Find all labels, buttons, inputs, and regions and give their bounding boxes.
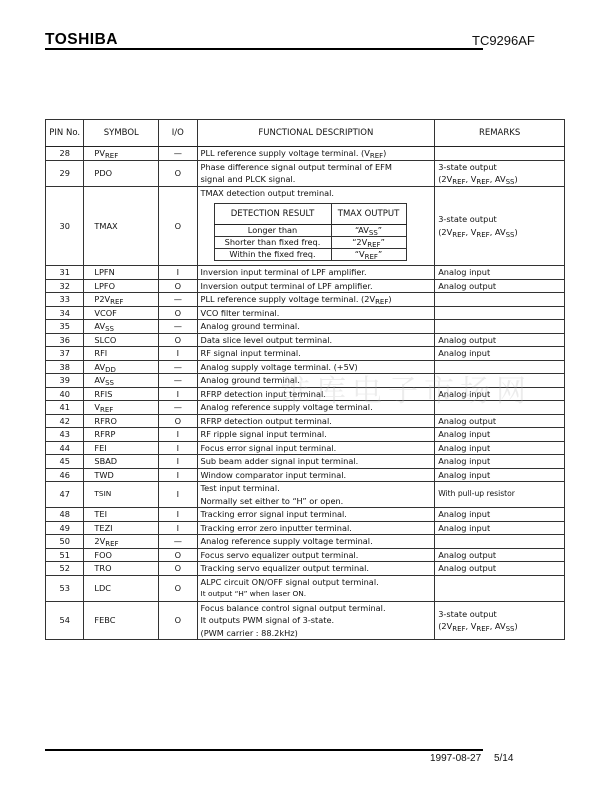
pin-description: Analog reference supply voltage terminal… [197, 401, 435, 415]
table-row: 40RFISIRFRP detection input terminal.Ana… [46, 387, 565, 401]
pin-remarks: 3-state output(2VREF, VREF, AVSS) [435, 186, 565, 266]
pin-description: RFRP detection output terminal. [197, 414, 435, 428]
pin-description: Analog ground terminal. [197, 320, 435, 334]
pin-remarks [435, 293, 565, 307]
subscript: REF [370, 152, 383, 160]
tmax-output: “VREF” [331, 249, 406, 261]
pin-description: Test input terminal.Normally set either … [197, 482, 435, 508]
remark-line: 3-state output [438, 608, 561, 621]
pin-function-table: PIN No. SYMBOL I/O FUNCTIONAL DESCRIPTIO… [45, 119, 565, 640]
pin-io: O [159, 306, 197, 320]
pin-description: Data slice level output terminal. [197, 333, 435, 347]
pin-number: 30 [46, 186, 84, 266]
tmax-row: Within the fixed freq.“VREF” [214, 249, 406, 261]
tmax-detection-table: DETECTION RESULTTMAX OUTPUTLonger than“A… [214, 203, 407, 261]
pin-remarks: 3-state output(2VREF, VREF, AVSS) [435, 160, 565, 186]
table-row: 36SLCOOData slice level output terminal.… [46, 333, 565, 347]
description-line: (PWM carrier : 88.2kHz) [201, 627, 432, 640]
footer-page: 5/14 [494, 753, 513, 764]
pin-description: PLL reference supply voltage terminal. (… [197, 147, 435, 161]
pin-number: 34 [46, 306, 84, 320]
pin-number: 28 [46, 147, 84, 161]
subscript: REF [110, 298, 123, 306]
pin-symbol: RFRO [84, 414, 159, 428]
pin-remarks: Analog output [435, 548, 565, 562]
pin-description: Focus servo equalizer output terminal. [197, 548, 435, 562]
col-io: I/O [159, 120, 197, 147]
pin-description: Tracking error signal input terminal. [197, 508, 435, 522]
pin-remarks: Analog output [435, 562, 565, 576]
table-row: 51FOOOFocus servo equalizer output termi… [46, 548, 565, 562]
subscript: DD [105, 366, 116, 374]
pin-remarks [435, 535, 565, 549]
pin-description: Inversion input terminal of LPF amplifie… [197, 266, 435, 280]
pin-symbol: VCOF [84, 306, 159, 320]
subscript: REF [452, 231, 465, 239]
pin-symbol: PDO [84, 160, 159, 186]
pin-remarks: Analog output [435, 279, 565, 293]
pin-io: I [159, 508, 197, 522]
pin-symbol: P2VREF [84, 293, 159, 307]
pin-number: 32 [46, 279, 84, 293]
pin-description: Focus error signal input terminal. [197, 441, 435, 455]
pin-symbol: TMAX [84, 186, 159, 266]
pin-description: VCO filter terminal. [197, 306, 435, 320]
pin-io: — [159, 147, 197, 161]
tmax-col-result: DETECTION RESULT [214, 204, 331, 225]
table-row: 35AVSS—Analog ground terminal. [46, 320, 565, 334]
pin-remarks [435, 320, 565, 334]
pin-number: 31 [46, 266, 84, 280]
pin-io: I [159, 347, 197, 361]
pin-symbol: RFRP [84, 428, 159, 442]
pin-symbol: SBAD [84, 455, 159, 469]
pin-remarks: Analog input [435, 455, 565, 469]
table-row: 31LPFNIInversion input terminal of LPF a… [46, 266, 565, 280]
pin-io: O [159, 186, 197, 266]
pin-symbol: FEBC [84, 601, 159, 640]
description-line: Test input terminal. [201, 482, 432, 495]
pin-number: 44 [46, 441, 84, 455]
pin-symbol: TSIN [84, 482, 159, 508]
remark-line: 3-state output [438, 161, 561, 174]
pin-io: — [159, 374, 197, 388]
pin-number: 49 [46, 521, 84, 535]
pin-description: Analog reference supply voltage terminal… [197, 535, 435, 549]
pin-io: I [159, 441, 197, 455]
table-row: 39AVSS—Analog ground terminal. [46, 374, 565, 388]
pin-remarks: Analog input [435, 521, 565, 535]
table-row: 28PVREF—PLL reference supply voltage ter… [46, 147, 565, 161]
pin-number: 41 [46, 401, 84, 415]
pin-io: O [159, 601, 197, 640]
pin-io: I [159, 387, 197, 401]
tmax-result: Shorter than fixed freq. [214, 237, 331, 249]
subscript: REF [452, 625, 465, 633]
table-row: 52TROOTracking servo equalizer output te… [46, 562, 565, 576]
pin-remarks: Analog input [435, 508, 565, 522]
pin-remarks [435, 306, 565, 320]
pin-description: Sub beam adder signal input terminal. [197, 455, 435, 469]
pin-remarks: Analog input [435, 266, 565, 280]
pin-symbol: LPFN [84, 266, 159, 280]
pin-symbol: VREF [84, 401, 159, 415]
pin-description: Analog ground terminal. [197, 374, 435, 388]
table-row: 49TEZIITracking error zero inputter term… [46, 521, 565, 535]
tmax-header-row: DETECTION RESULTTMAX OUTPUT [214, 204, 406, 225]
pin-description: ALPC circuit ON/OFF signal output termin… [197, 575, 435, 601]
pin-symbol: LPFO [84, 279, 159, 293]
pin-io: I [159, 482, 197, 508]
pin-description: RFRP detection input terminal. [197, 387, 435, 401]
tmax-col-output: TMAX OUTPUT [331, 204, 406, 225]
description-line: It output “H” when laser ON. [201, 588, 432, 601]
description-line: signal and PLCK signal. [201, 173, 432, 186]
part-number: TC9296AF [472, 33, 535, 48]
tmax-result: Longer than [214, 225, 331, 237]
table-row: 45SBADISub beam adder signal input termi… [46, 455, 565, 469]
tmax-output: “2VREF” [331, 237, 406, 249]
table-row: 53LDCOALPC circuit ON/OFF signal output … [46, 575, 565, 601]
pin-number: 46 [46, 468, 84, 482]
pin-remarks: Analog input [435, 441, 565, 455]
pin-symbol: 2VREF [84, 535, 159, 549]
pin-description: Inversion output terminal of LPF amplifi… [197, 279, 435, 293]
pin-number: 53 [46, 575, 84, 601]
pin-number: 52 [46, 562, 84, 576]
tmax-row: Longer than“AVSS” [214, 225, 406, 237]
tmax-result: Within the fixed freq. [214, 249, 331, 261]
pin-number: 47 [46, 482, 84, 508]
pin-number: 40 [46, 387, 84, 401]
pin-io: I [159, 521, 197, 535]
pin-remarks: Analog input [435, 468, 565, 482]
pin-io: I [159, 468, 197, 482]
remark-line: 3-state output [438, 213, 561, 226]
pin-symbol: FOO [84, 548, 159, 562]
pin-symbol: AVDD [84, 360, 159, 374]
pin-io: O [159, 575, 197, 601]
pin-number: 35 [46, 320, 84, 334]
table-row: 502VREF—Analog reference supply voltage … [46, 535, 565, 549]
pin-io: O [159, 548, 197, 562]
description-line: TMAX detection output treminal. [201, 187, 432, 200]
pin-remarks: Analog output [435, 333, 565, 347]
description-line: Focus balance control signal output term… [201, 602, 432, 615]
subscript: REF [452, 178, 465, 186]
subscript: REF [105, 152, 118, 160]
subscript: REF [100, 406, 113, 414]
table-row: 54FEBCOFocus balance control signal outp… [46, 601, 565, 640]
pin-number: 54 [46, 601, 84, 640]
table-row: 43RFRPIRF ripple signal input terminal.A… [46, 428, 565, 442]
table-row: 44FEIIFocus error signal input terminal.… [46, 441, 565, 455]
table-row: 34VCOFOVCO filter terminal. [46, 306, 565, 320]
col-symbol: SYMBOL [84, 120, 159, 147]
pin-number: 33 [46, 293, 84, 307]
pin-symbol: SLCO [84, 333, 159, 347]
pin-remarks: Analog input [435, 428, 565, 442]
col-pin-no: PIN No. [46, 120, 84, 147]
pin-symbol: TEZI [84, 521, 159, 535]
pin-number: 43 [46, 428, 84, 442]
pin-number: 48 [46, 508, 84, 522]
pin-io: I [159, 428, 197, 442]
pin-description: RF ripple signal input terminal. [197, 428, 435, 442]
pin-description: Phase difference signal output terminal … [197, 160, 435, 186]
pin-symbol: LDC [84, 575, 159, 601]
pin-description: Tracking servo equalizer output terminal… [197, 562, 435, 576]
footer: 1997-08-27 5/14 [430, 753, 513, 764]
subscript: SS [506, 625, 515, 633]
pin-description: Focus balance control signal output term… [197, 601, 435, 640]
table-row: 42RFROORFRP detection output terminal.An… [46, 414, 565, 428]
table-row: 33P2VREF—PLL reference supply voltage te… [46, 293, 565, 307]
pin-description: Tracking error zero inputter terminal. [197, 521, 435, 535]
remark-line: (2VREF, VREF, AVSS) [438, 620, 561, 633]
subscript: SS [369, 229, 378, 237]
pin-remarks [435, 147, 565, 161]
pin-remarks [435, 401, 565, 415]
pin-remarks: Analog input [435, 387, 565, 401]
pin-symbol: RFI [84, 347, 159, 361]
table-row: 48TEIITracking error signal input termin… [46, 508, 565, 522]
pin-number: 29 [46, 160, 84, 186]
table-row: 46TWDIWindow comparator input terminal.A… [46, 468, 565, 482]
pin-symbol: FEI [84, 441, 159, 455]
subscript: REF [476, 231, 489, 239]
pin-io: O [159, 279, 197, 293]
pin-symbol: RFIS [84, 387, 159, 401]
pin-number: 39 [46, 374, 84, 388]
pin-number: 51 [46, 548, 84, 562]
remark-line: (2VREF, VREF, AVSS) [438, 173, 561, 186]
subscript: SS [506, 231, 515, 239]
table-row: 47TSINITest input terminal.Normally set … [46, 482, 565, 508]
pin-description: Window comparator input terminal. [197, 468, 435, 482]
header-rule [45, 48, 483, 50]
table-row: 32LPFOOInversion output terminal of LPF … [46, 279, 565, 293]
brand-logo: TOSHIBA [45, 31, 118, 49]
subscript: REF [375, 298, 388, 306]
subscript: REF [367, 241, 380, 249]
pin-io: I [159, 455, 197, 469]
pin-io: — [159, 360, 197, 374]
pin-io: O [159, 562, 197, 576]
subscript: REF [105, 540, 118, 548]
table-row: 38AVDD—Analog supply voltage terminal. (… [46, 360, 565, 374]
pin-remarks: Analog input [435, 347, 565, 361]
pin-io: O [159, 160, 197, 186]
description-line: Phase difference signal output terminal … [201, 161, 432, 174]
subscript: REF [476, 625, 489, 633]
pin-symbol: TEI [84, 508, 159, 522]
pin-symbol: AVSS [84, 320, 159, 334]
subscript: SS [105, 325, 114, 333]
subscript: SS [506, 178, 515, 186]
pin-symbol: AVSS [84, 374, 159, 388]
subscript: REF [476, 178, 489, 186]
col-description: FUNCTIONAL DESCRIPTION [197, 120, 435, 147]
pin-symbol: TWD [84, 468, 159, 482]
pin-io: O [159, 414, 197, 428]
pin-number: 50 [46, 535, 84, 549]
pin-number: 38 [46, 360, 84, 374]
tmax-row: Shorter than fixed freq.“2VREF” [214, 237, 406, 249]
pin-io: — [159, 401, 197, 415]
table-row: 37RFIIRF signal input terminal.Analog in… [46, 347, 565, 361]
table-row: 41VREF—Analog reference supply voltage t… [46, 401, 565, 415]
pin-remarks [435, 374, 565, 388]
description-line: Normally set either to “H” or open. [201, 495, 432, 508]
pin-remarks [435, 360, 565, 374]
subscript: SS [105, 379, 114, 387]
pin-io: — [159, 293, 197, 307]
pin-number: 37 [46, 347, 84, 361]
table-row: 30TMAXOTMAX detection output treminal.DE… [46, 186, 565, 266]
pin-description: PLL reference supply voltage terminal. (… [197, 293, 435, 307]
pin-io: I [159, 266, 197, 280]
footer-date: 1997-08-27 [430, 753, 481, 764]
table-header-row: PIN No. SYMBOL I/O FUNCTIONAL DESCRIPTIO… [46, 120, 565, 147]
pin-symbol: PVREF [84, 147, 159, 161]
footer-rule [45, 749, 483, 751]
pin-number: 36 [46, 333, 84, 347]
description-line: ALPC circuit ON/OFF signal output termin… [201, 576, 432, 589]
pin-description: RF signal input terminal. [197, 347, 435, 361]
pin-io: — [159, 535, 197, 549]
col-remarks: REMARKS [435, 120, 565, 147]
pin-remarks: 3-state output(2VREF, VREF, AVSS) [435, 601, 565, 640]
pin-remarks: With pull-up resistor [435, 482, 565, 508]
pin-description: TMAX detection output treminal.DETECTION… [197, 186, 435, 266]
pin-io: O [159, 333, 197, 347]
pin-number: 45 [46, 455, 84, 469]
pin-symbol: TRO [84, 562, 159, 576]
pin-remarks [435, 575, 565, 601]
description-line: It outputs PWM signal of 3-state. [201, 614, 432, 627]
tmax-output: “AVSS” [331, 225, 406, 237]
pin-remarks: Analog output [435, 414, 565, 428]
table-row: 29PDOOPhase difference signal output ter… [46, 160, 565, 186]
pin-description: Analog supply voltage terminal. (+5V) [197, 360, 435, 374]
pin-number: 42 [46, 414, 84, 428]
subscript: REF [365, 253, 378, 261]
pin-io: — [159, 320, 197, 334]
remark-line: (2VREF, VREF, AVSS) [438, 226, 561, 239]
